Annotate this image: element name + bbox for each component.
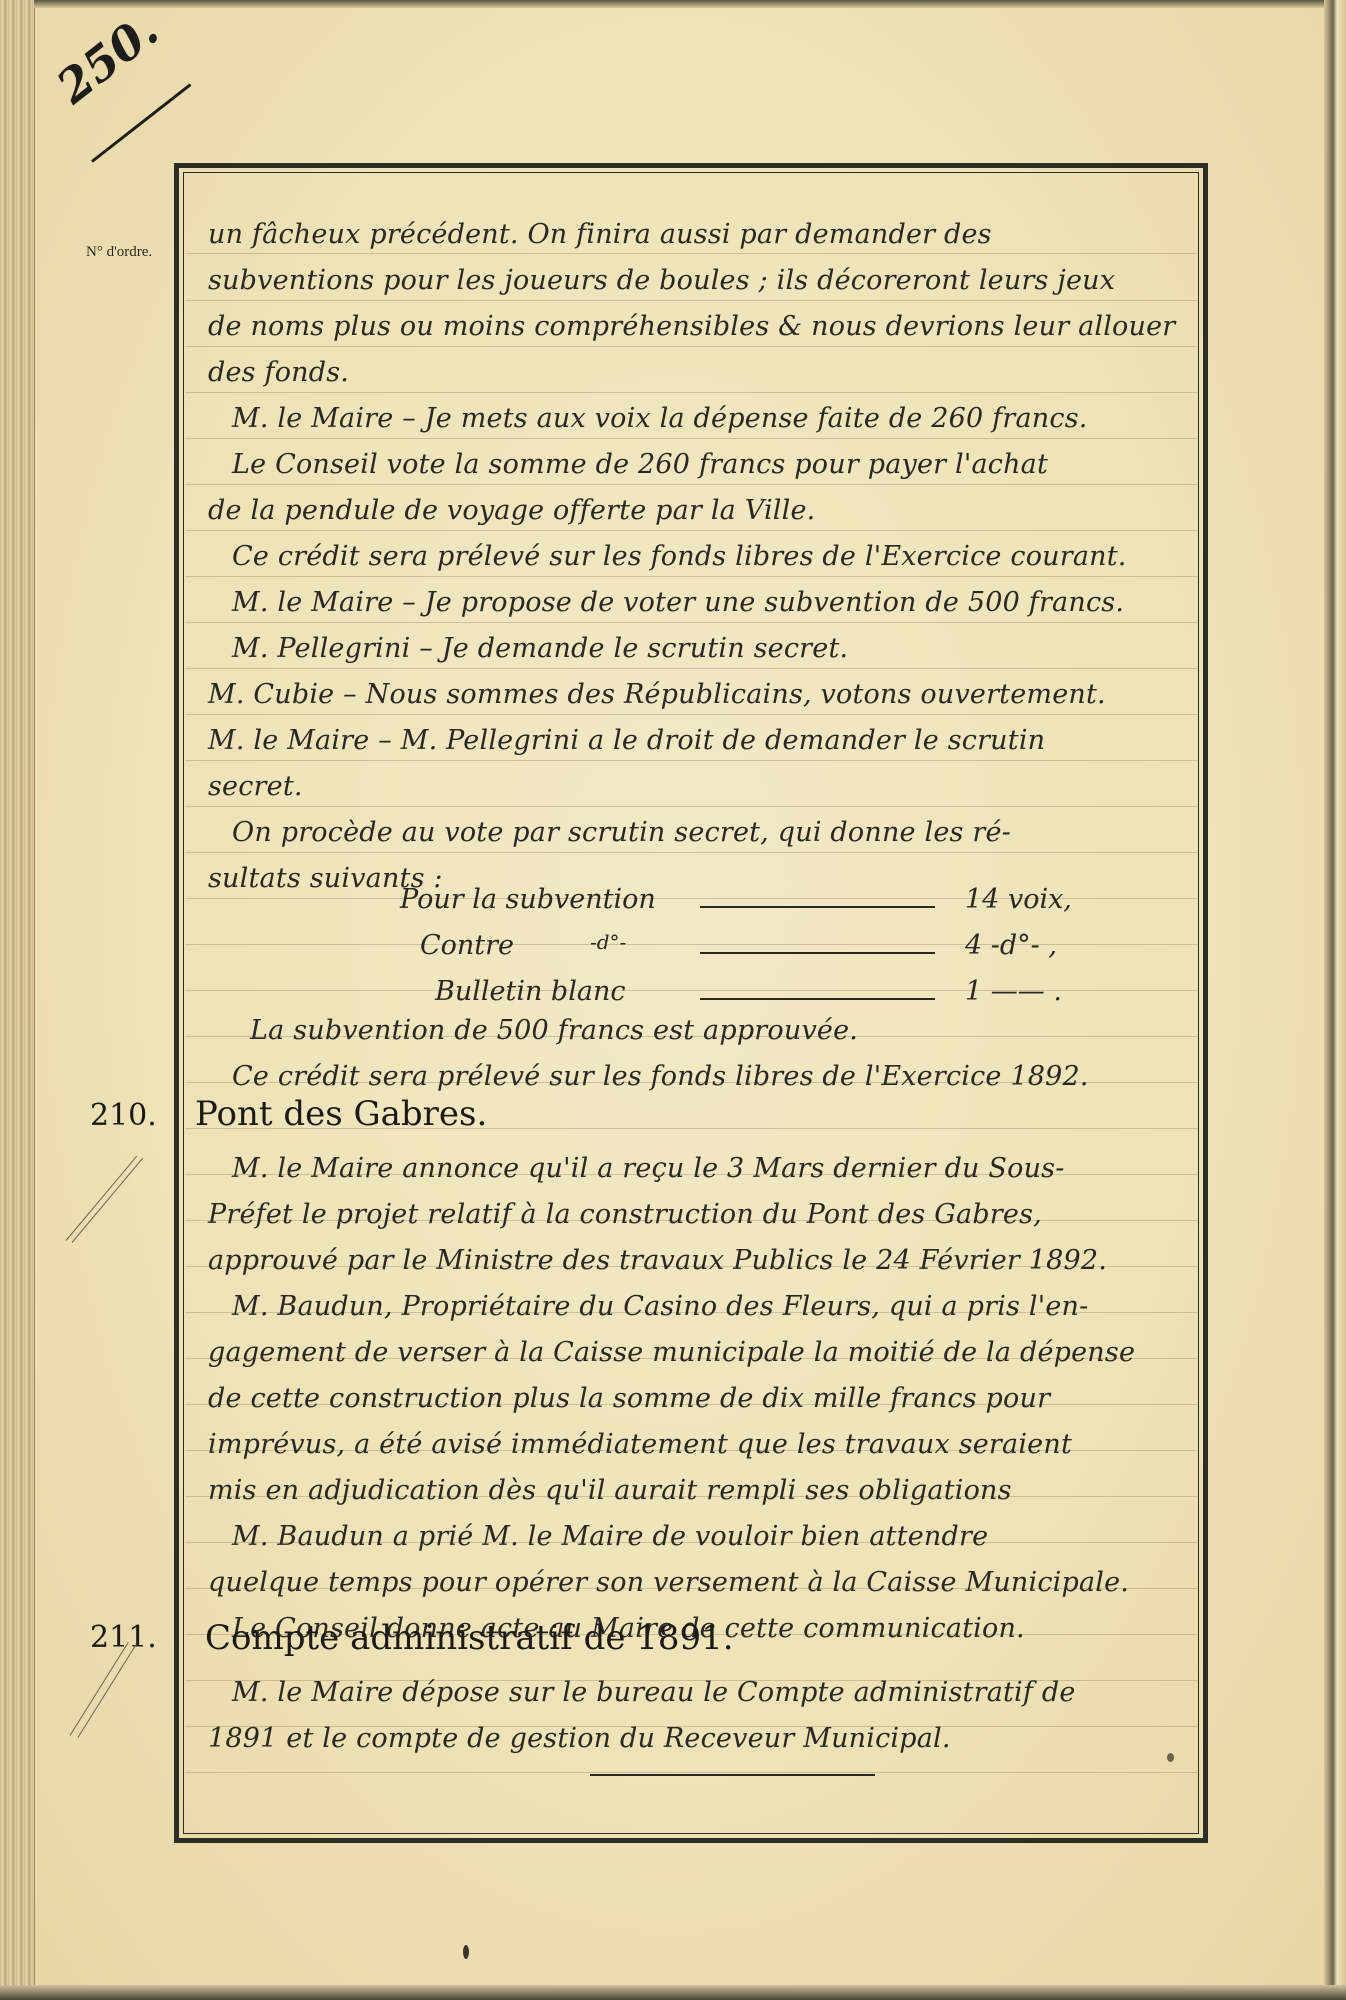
page-stack-edge xyxy=(0,0,35,2000)
vote-result-row: Contre -d°- 4 -d°- , xyxy=(420,930,1180,964)
text-line: secret. xyxy=(208,770,1193,804)
text-line: M. le Maire – Je mets aux voix la dépens… xyxy=(232,402,1217,436)
closing-rule xyxy=(590,1774,875,1776)
text-line: M. Pellegrini – Je demande le scrutin se… xyxy=(232,632,1217,666)
text-line: de noms plus ou moins compréhensibles & … xyxy=(208,310,1193,344)
text-line: La subvention de 500 francs est approuvé… xyxy=(250,1014,1235,1048)
vote-count: 14 voix, xyxy=(965,884,1072,915)
text-line: imprévus, a été avisé immédiatement que … xyxy=(208,1428,1193,1462)
vote-result-row: Bulletin blanc 1 —— . xyxy=(435,976,1195,1010)
text-line: de la pendule de voyage offerte par la V… xyxy=(208,494,1193,528)
order-column-label: N° d'ordre. xyxy=(86,244,152,261)
margin-mark xyxy=(72,1158,143,1243)
text-line: M. le Maire dépose sur le bureau le Comp… xyxy=(232,1676,1217,1710)
vote-result-row: Pour la subvention 14 voix, xyxy=(400,884,1160,918)
text-line: On procède au vote par scrutin secret, q… xyxy=(232,816,1217,850)
vote-count: 4 -d°- , xyxy=(965,930,1057,961)
text-line: 1891 et le compte de gestion du Receveur… xyxy=(208,1722,1193,1756)
text-line: quelque temps pour opérer son versement … xyxy=(208,1566,1193,1600)
text-line: Ce crédit sera prélevé sur les fonds lib… xyxy=(232,540,1217,574)
text-line: M. Baudun, Propriétaire du Casino des Fl… xyxy=(232,1290,1217,1324)
text-line: des fonds. xyxy=(208,356,1193,390)
folio-number: 250. xyxy=(47,2,169,114)
vote-dash-leader xyxy=(700,998,935,1000)
text-line: un fâcheux précédent. On finira aussi pa… xyxy=(208,218,1193,252)
page-bottom-edge xyxy=(0,1985,1346,2000)
folio-underline xyxy=(91,83,191,162)
margin-mark xyxy=(66,1156,137,1241)
section-title: Compte administratif de 1891. xyxy=(205,1618,734,1658)
text-line: M. Cubie – Nous sommes des Républicains,… xyxy=(208,678,1193,712)
text-line: Le Conseil vote la somme de 260 francs p… xyxy=(232,448,1217,482)
text-line: M. le Maire – Je propose de voter une su… xyxy=(232,586,1217,620)
text-line: mis en adjudication dès qu'il aurait rem… xyxy=(208,1474,1193,1508)
ink-stain xyxy=(463,1945,469,1959)
vote-count: 1 —— . xyxy=(965,976,1062,1007)
text-line: de cette construction plus la somme de d… xyxy=(208,1382,1193,1416)
vote-label: Contre xyxy=(420,930,514,961)
text-line: M. le Maire annonce qu'il a reçu le 3 Ma… xyxy=(232,1152,1217,1186)
order-number: 210. xyxy=(90,1098,157,1133)
text-line: approuvé par le Ministre des travaux Pub… xyxy=(208,1244,1193,1278)
vote-ditto: -d°- xyxy=(590,930,626,954)
ink-spot xyxy=(1167,1753,1174,1762)
text-line: subventions pour les joueurs de boules ;… xyxy=(208,264,1193,298)
text-line: Préfet le projet relatif à la constructi… xyxy=(208,1198,1193,1232)
vote-label: Bulletin blanc xyxy=(435,976,625,1007)
text-line: M. Baudun a prié M. le Maire de vouloir … xyxy=(232,1520,1217,1554)
vote-dash-leader xyxy=(700,952,935,954)
margin-mark xyxy=(70,1642,129,1736)
text-line: M. le Maire – M. Pellegrini a le droit d… xyxy=(208,724,1193,758)
vote-dash-leader xyxy=(700,906,935,908)
page-right-edge xyxy=(1324,0,1346,2000)
vote-label: Pour la subvention xyxy=(400,884,656,915)
page-top-edge xyxy=(34,0,1346,8)
text-line: Ce crédit sera prélevé sur les fonds lib… xyxy=(232,1060,1217,1094)
register-page: 250. N° d'ordre. xyxy=(0,0,1346,2000)
text-line: gagement de verser à la Caisse municipal… xyxy=(208,1336,1193,1370)
section-title: Pont des Gabres. xyxy=(195,1094,487,1134)
margin-mark xyxy=(78,1644,137,1738)
